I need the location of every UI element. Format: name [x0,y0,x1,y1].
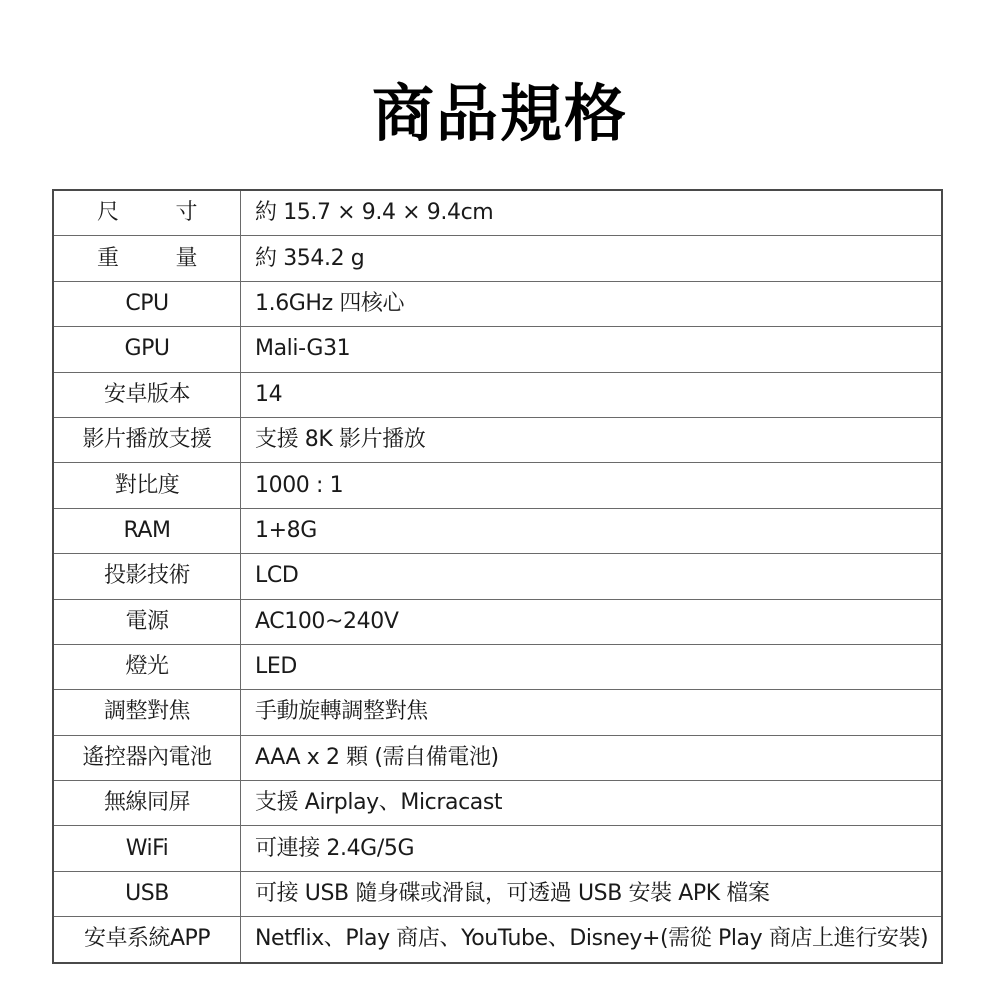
spec-row-gpu: GPU Mali-G31 [53,327,942,372]
spec-row-remote-battery: 遙控器內電池 AAA x 2 顆 (需自備電池) [53,735,942,780]
spec-label: 尺 寸 [53,190,241,236]
spec-value: AAA x 2 顆 (需自備電池) [241,735,943,780]
spec-label: 無線同屏 [53,781,241,826]
spec-value: Netflix、Play 商店、YouTube、Disney+(需從 Play … [241,917,943,963]
spec-row-android-version: 安卓版本 14 [53,372,942,417]
spec-row-video-support: 影片播放支援 支援 8K 影片播放 [53,417,942,462]
spec-label: 燈光 [53,644,241,689]
spec-label: 重 量 [53,236,241,281]
spec-row-ram: RAM 1+8G [53,508,942,553]
spec-row-focus: 調整對焦 手動旋轉調整對焦 [53,690,942,735]
spec-label: CPU [53,281,241,326]
spec-value: 1+8G [241,508,943,553]
spec-row-light: 燈光 LED [53,644,942,689]
spec-label: 調整對焦 [53,690,241,735]
spec-label: USB [53,871,241,916]
spec-label: RAM [53,508,241,553]
spec-value: 手動旋轉調整對焦 [241,690,943,735]
spec-value: 1000 : 1 [241,463,943,508]
spec-value: 約 354.2 g [241,236,943,281]
spec-label: GPU [53,327,241,372]
spec-row-usb: USB 可接 USB 隨身碟或滑鼠，可透過 USB 安裝 APK 檔案 [53,871,942,916]
spec-value: 約 15.7 × 9.4 × 9.4cm [241,190,943,236]
spec-label: 電源 [53,599,241,644]
spec-row-projection: 投影技術 LCD [53,554,942,599]
spec-value: 支援 Airplay、Micracast [241,781,943,826]
spec-value: 1.6GHz 四核心 [241,281,943,326]
spec-value: 14 [241,372,943,417]
spec-value: 支援 8K 影片播放 [241,417,943,462]
spec-label: 安卓版本 [53,372,241,417]
spec-row-contrast: 對比度 1000 : 1 [53,463,942,508]
spec-label-part: 寸 [175,202,197,224]
spec-row-android-apps: 安卓系統APP Netflix、Play 商店、YouTube、Disney+(… [53,917,942,963]
spec-label: 對比度 [53,463,241,508]
spec-label-part: 重 [97,248,119,270]
spec-label: 影片播放支援 [53,417,241,462]
spec-value: 可連接 2.4G/5G [241,826,943,871]
spec-value: 可接 USB 隨身碟或滑鼠，可透過 USB 安裝 APK 檔案 [241,871,943,916]
spec-row-weight: 重 量 約 354.2 g [53,236,942,281]
spec-value: LED [241,644,943,689]
spec-row-power: 電源 AC100~240V [53,599,942,644]
page-title: 商品規格 [0,74,1000,154]
spec-table: 尺 寸 約 15.7 × 9.4 × 9.4cm 重 量 約 354.2 g C… [52,189,943,964]
spec-label: WiFi [53,826,241,871]
spec-label: 投影技術 [53,554,241,599]
spec-row-screen-mirroring: 無線同屏 支援 Airplay、Micracast [53,781,942,826]
spec-value: Mali-G31 [241,327,943,372]
spec-value: LCD [241,554,943,599]
spec-label: 安卓系統APP [53,917,241,963]
spec-label-part: 尺 [97,202,119,224]
spec-row-dimensions: 尺 寸 約 15.7 × 9.4 × 9.4cm [53,190,942,236]
spec-row-wifi: WiFi 可連接 2.4G/5G [53,826,942,871]
spec-row-cpu: CPU 1.6GHz 四核心 [53,281,942,326]
spec-value: AC100~240V [241,599,943,644]
spec-label-part: 量 [175,248,197,270]
spec-label: 遙控器內電池 [53,735,241,780]
